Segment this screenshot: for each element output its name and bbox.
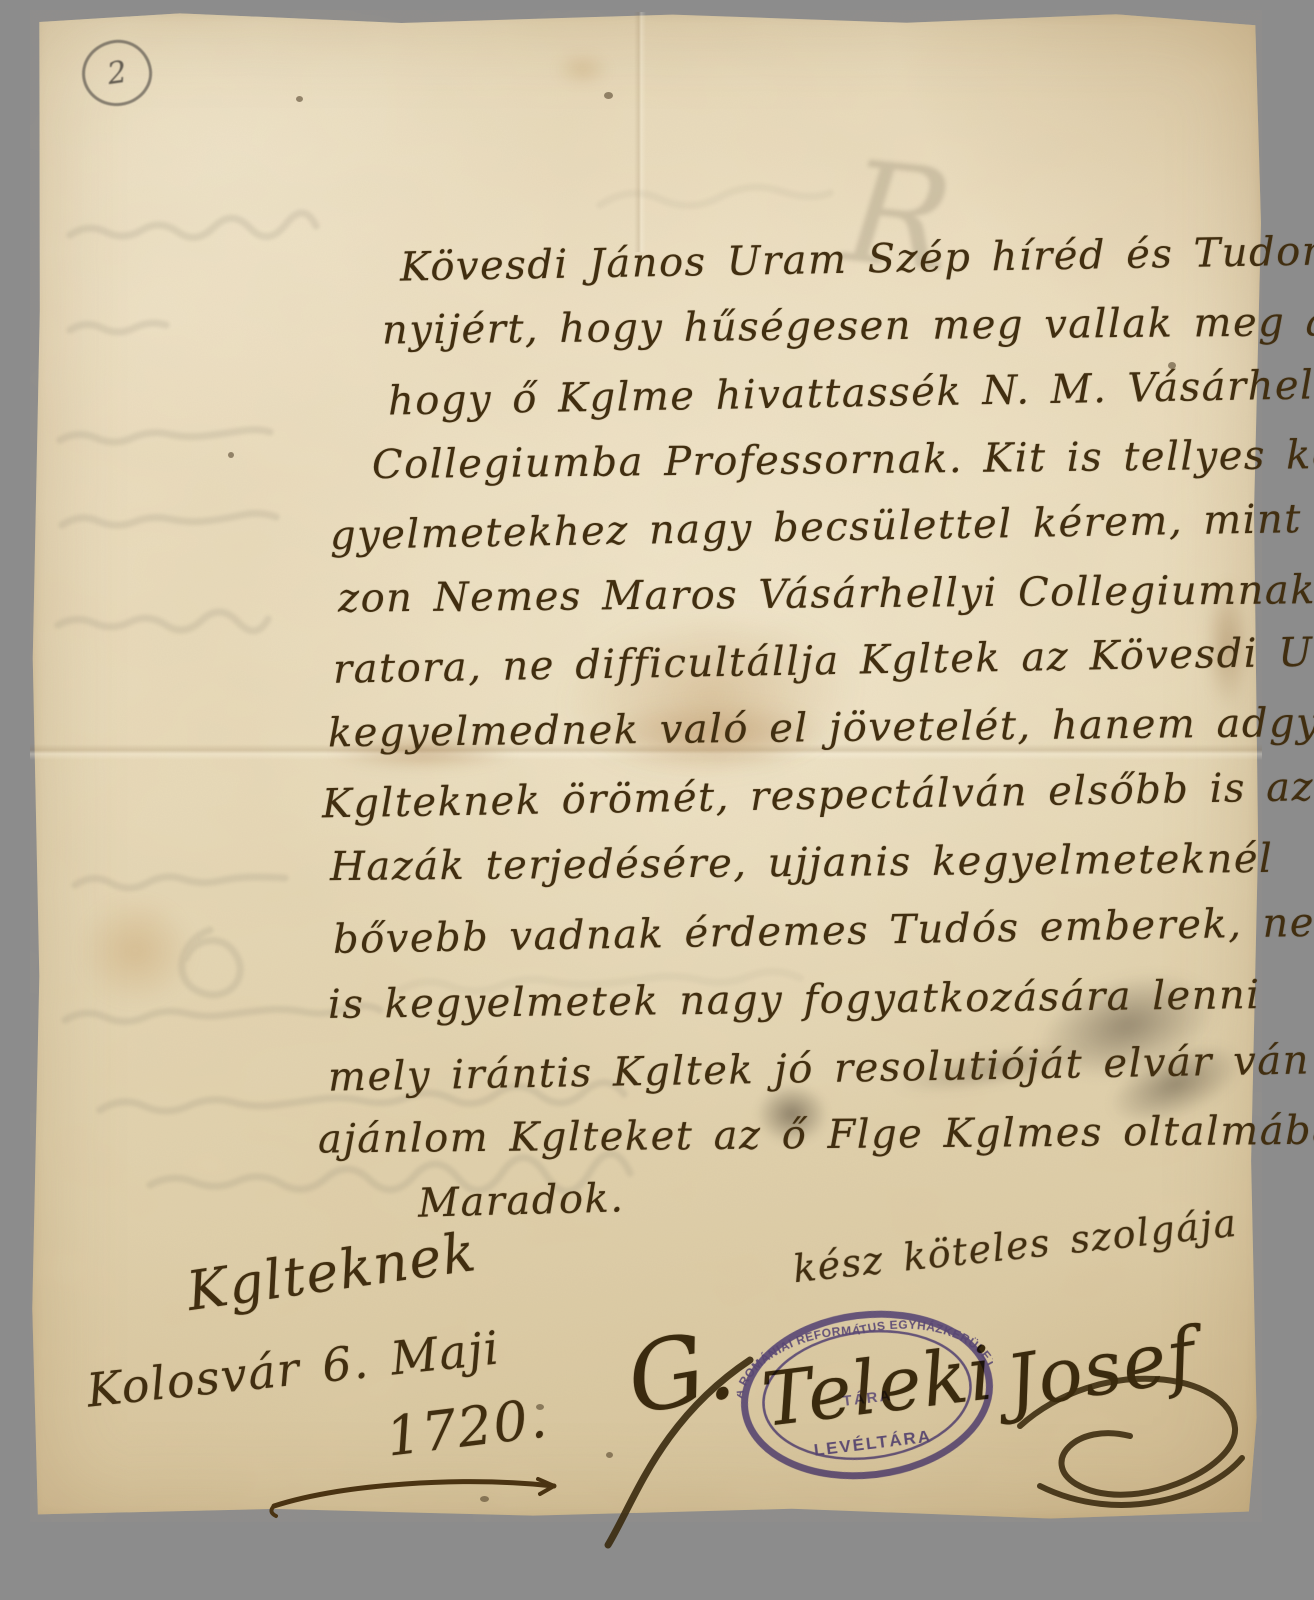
svg-text:A ROMÁNIAI REFORMÁTUS EGYHÁZKE: A ROMÁNIAI REFORMÁTUS EGYHÁZKERÜLET — [728, 1305, 1000, 1401]
ink-speck — [604, 92, 613, 99]
stamp-arc-text: A ROMÁNIAI REFORMÁTUS EGYHÁZKERÜLET — [728, 1305, 1000, 1401]
scanned-manuscript-page: R 2 Kövesdi János Uram Szép híréd és Tud… — [0, 0, 1314, 1600]
handwritten-line: is kegyelmetek nagy fogyatkozására lenni — [328, 972, 1261, 1028]
page-number: 2 — [105, 54, 129, 91]
handwritten-line: ajánlom Kglteket az ő Flge Kglmes oltalm… — [318, 1108, 1314, 1163]
handwritten-line: zon Nemes Maros Vásárhellyi Collegiumnak… — [338, 566, 1314, 621]
ink-speck — [296, 96, 303, 102]
ink-speck — [606, 1452, 613, 1458]
signature-initial: G. — [619, 1308, 744, 1437]
ink-speck — [228, 452, 234, 458]
handwritten-line: Hazák terjedésére, ujjanis kegyelmetekné… — [330, 836, 1274, 890]
handwritten-line: Collegiumba Professornak. Kit is tellyes… — [372, 432, 1314, 488]
vertical-fold-crease — [634, 12, 646, 252]
stamp-middle-text: TÁRA — [842, 1387, 893, 1410]
stamp-bottom-text: LEVÉLTÁRA — [813, 1426, 933, 1459]
ink-speck — [480, 1496, 489, 1502]
archive-stamp: A ROMÁNIAI REFORMÁTUS EGYHÁZKERÜLET TÁRA… — [728, 1291, 1006, 1499]
closing-word: Maradok. — [417, 1175, 625, 1226]
handwritten-line: nyijért, hogy hűségesen meg vallak meg a… — [382, 299, 1314, 354]
